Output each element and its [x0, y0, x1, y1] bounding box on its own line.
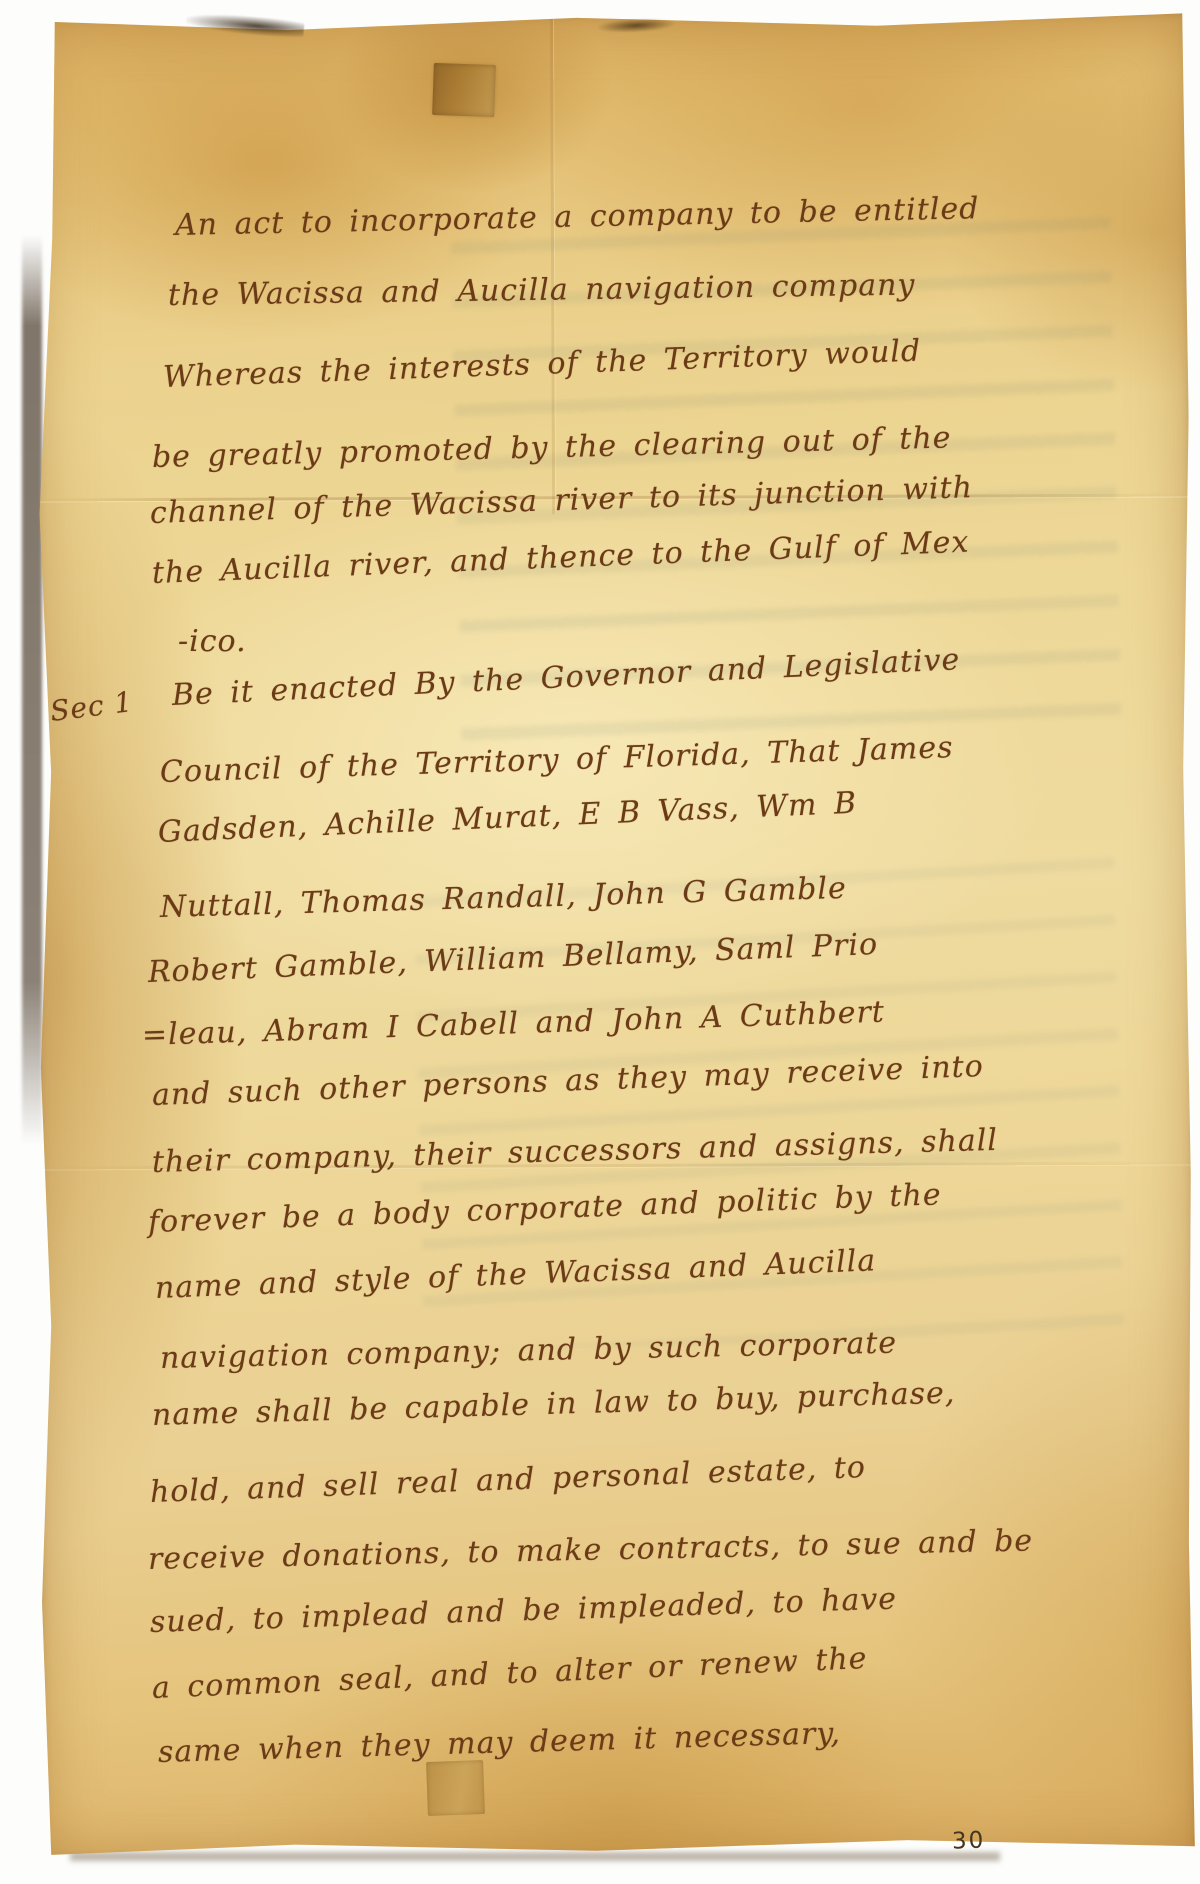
manuscript-line: navigation company; and by such corporat…	[160, 1326, 898, 1376]
manuscript-line: receive donations, to make contracts, to…	[148, 1523, 1034, 1577]
manuscript-line: =leau, Abram I Cabell and John A Cuthber…	[141, 995, 885, 1053]
manuscript-line: sued, to implead and be impleaded, to ha…	[149, 1582, 897, 1640]
manuscript-line: An act to incorporate a company to be en…	[175, 191, 980, 243]
manuscript-line: Nuttall, Thomas Randall, John G Gamble	[160, 871, 848, 925]
manuscript-line: a common seal, and to alter or renew the	[151, 1641, 868, 1706]
tape-remnant-top	[432, 63, 496, 117]
manuscript-line: Be it enacted By the Governor and Legisl…	[171, 642, 961, 713]
section-margin-note: Sec 1	[48, 685, 135, 728]
manuscript-line: Whereas the interests of the Territory w…	[162, 334, 921, 395]
manuscript-line: Gadsden, Achille Murat, E B Vass, Wm B	[157, 786, 857, 850]
manuscript-line: the Aucilla river, and thence to the Gul…	[151, 525, 970, 591]
manuscript-line: same when they may deem it necessary,	[158, 1716, 842, 1770]
manuscript-line: name shall be capable in law to buy, pur…	[152, 1376, 956, 1433]
manuscript-line: their company, their successors and assi…	[152, 1123, 999, 1180]
manuscript-line: forever be a body corporate and politic …	[147, 1177, 942, 1240]
tape-remnant-bottom	[426, 1760, 485, 1816]
document-scan: An act to incorporate a company to be en…	[0, 0, 1200, 1884]
manuscript-line: hold, and sell real and personal estate,…	[149, 1450, 866, 1510]
manuscript-line: Council of the Territory of Florida, Tha…	[159, 730, 954, 790]
manuscript-line: and such other persons as they may recei…	[151, 1049, 984, 1113]
manuscript-line: the Wacissa and Aucilla navigation compa…	[168, 268, 916, 313]
manuscript-line: be greatly promoted by the clearing out …	[152, 420, 952, 475]
manuscript-line: Robert Gamble, William Bellamy, Saml Pri…	[147, 927, 878, 990]
manuscript-line: channel of the Wacissa river to its junc…	[149, 470, 973, 531]
manuscript-line: -ico.	[178, 624, 247, 659]
manuscript-line: name and style of the Wacissa and Aucill…	[154, 1243, 876, 1306]
handwritten-text-layer: An act to incorporate a company to be en…	[0, 0, 1200, 1884]
page-number: 30	[952, 1827, 986, 1854]
